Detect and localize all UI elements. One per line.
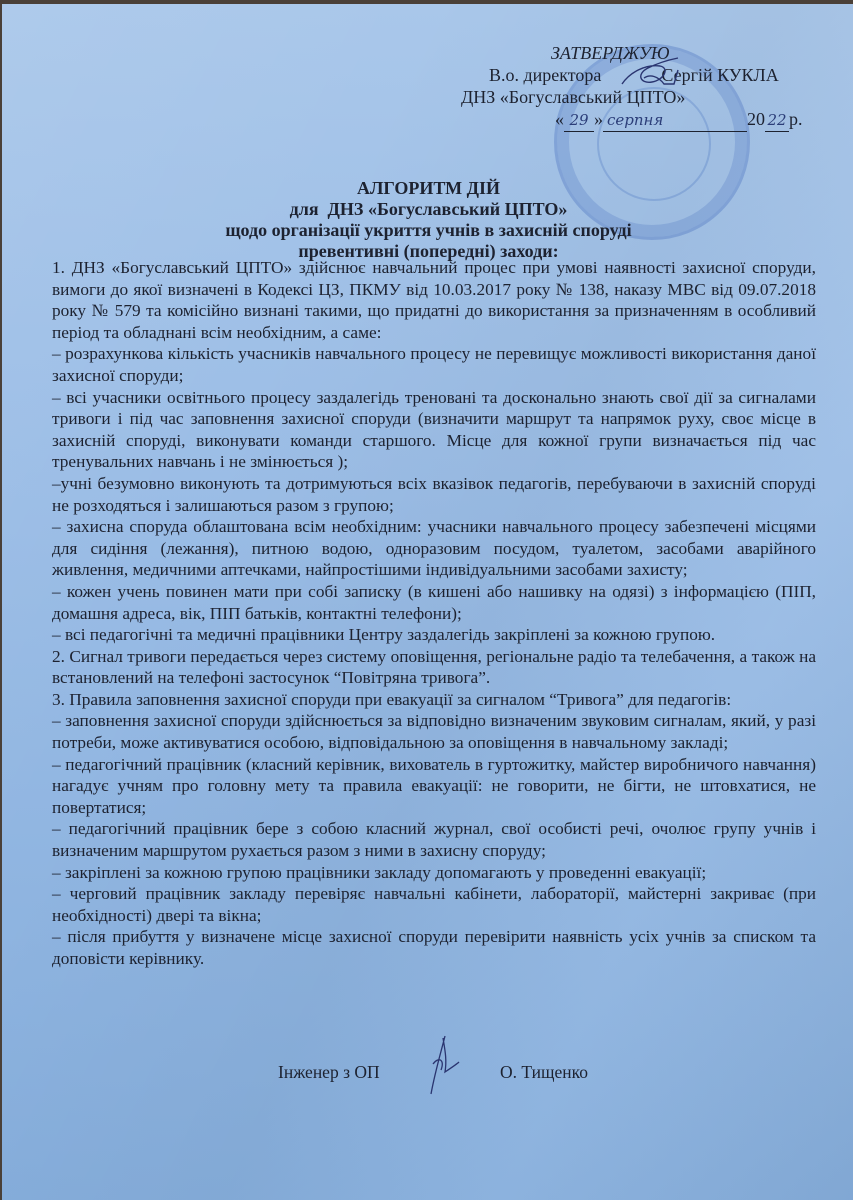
signoff-block: Інженер з ОП О. Тищенко <box>278 1062 618 1102</box>
date-year-suffix: 22 <box>765 109 789 132</box>
title-line-3: щодо організації укриття учнів в захисні… <box>2 220 853 241</box>
date-quote-open: « <box>555 109 564 129</box>
document-body: 1. ДНЗ «Богуславський ЦПТО» здійснює нав… <box>52 257 816 970</box>
approval-date: «29»серпня2022р. <box>555 108 803 132</box>
date-day: 29 <box>564 109 594 132</box>
date-quote-close: » <box>594 109 603 129</box>
paragraph: – всі учасники освітнього процесу заздал… <box>52 387 816 473</box>
date-year-prefix: 20 <box>747 109 765 129</box>
paragraph: 1. ДНЗ «Богуславський ЦПТО» здійснює нав… <box>52 257 816 343</box>
document-title: АЛГОРИТМ ДІЙ для ДНЗ «Богуславський ЦПТО… <box>2 178 853 262</box>
paragraph: 2. Сигнал тривоги передається через сист… <box>52 646 816 689</box>
paragraph: 3. Правила заповнення захисної споруди п… <box>52 689 816 711</box>
paragraph: – після прибуття у визначене місце захис… <box>52 926 816 969</box>
paragraph: – всі педагогічні та медичні працівники … <box>52 624 816 646</box>
paragraph: –учні безумовно виконують та дотримуютьс… <box>52 473 816 516</box>
paragraph: – черговий працівник закладу перевіряє н… <box>52 883 816 926</box>
signoff-name: О. Тищенко <box>500 1062 588 1083</box>
approval-position: В.о. директора <box>489 65 601 85</box>
paragraph: – кожен учень повинен мати при собі запи… <box>52 581 816 624</box>
paragraph: – заповнення захисної споруди здійснюєть… <box>52 710 816 753</box>
paragraph: – педагогічний працівник бере з собою кл… <box>52 818 816 861</box>
document-page: ЗАТВЕРДЖУЮ В.о. директораСергій КУКЛА ДН… <box>2 4 853 1200</box>
paragraph: – захисна споруда облаштована всім необх… <box>52 516 816 581</box>
paragraph: – закріплені за кожною групою працівники… <box>52 862 816 884</box>
engineer-signature-icon <box>423 1034 463 1098</box>
date-month: серпня <box>603 109 747 132</box>
title-line-2: для ДНЗ «Богуславський ЦПТО» <box>2 199 853 220</box>
paragraph: – розрахункова кількість учасників навча… <box>52 343 816 386</box>
director-signature-icon <box>616 54 686 94</box>
signoff-role: Інженер з ОП <box>278 1062 380 1083</box>
title-line-1: АЛГОРИТМ ДІЙ <box>2 178 853 199</box>
date-year-unit: р. <box>789 109 803 129</box>
paragraph: – педагогічний працівник (класний керівн… <box>52 754 816 819</box>
